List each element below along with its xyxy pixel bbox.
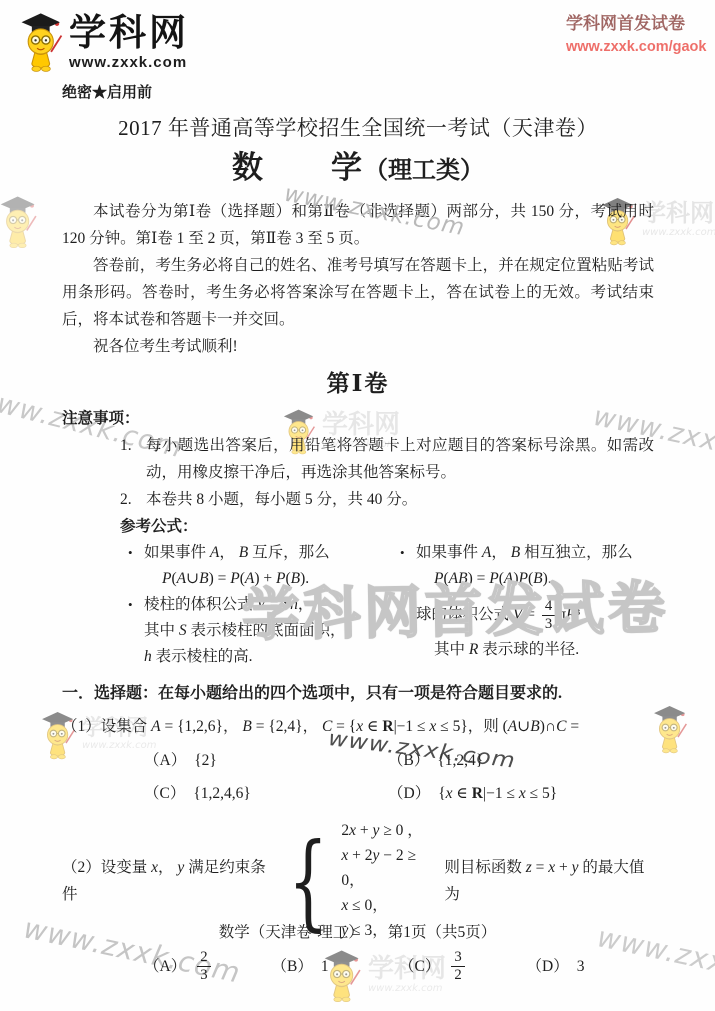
subject-type: （理工类） bbox=[364, 158, 484, 184]
option-value: {1,2,4} bbox=[437, 744, 483, 777]
option-value: 23 bbox=[194, 949, 213, 984]
option-d: （D） 3 bbox=[527, 952, 655, 982]
option-b: （B） 1 bbox=[272, 952, 400, 982]
formula-text: 其中 R 表示球的半径. bbox=[434, 637, 654, 663]
option-a: （A） {2} bbox=[62, 744, 388, 777]
formula-text: 球的体积公式 V = 43πR³ bbox=[416, 598, 580, 633]
bullet-icon: • bbox=[128, 540, 144, 566]
option-value: {x ∈ R|−1 ≤ x ≤ 5} bbox=[438, 777, 557, 810]
option-label: （D） bbox=[527, 952, 569, 982]
formula-text: 如果事件 A， B 互斥，那么 bbox=[144, 540, 330, 566]
option-label: （D） bbox=[388, 777, 430, 810]
option-value: 3 bbox=[577, 952, 585, 982]
formula-text: 如果事件 A， B 相互独立，那么 bbox=[416, 540, 633, 566]
exam-paper-page: 学科网 www.zxxk.com www.zxxk.com www.zxxk.c… bbox=[0, 0, 715, 1011]
formula-column-left: • 如果事件 A， B 互斥，那么 P(A∪B) = P(A) + P(B). … bbox=[128, 540, 400, 670]
note-number: 2. bbox=[120, 486, 146, 513]
watermark-brand-url: www.zxxk.com bbox=[368, 983, 446, 994]
constraint-line: x ≤ 0， bbox=[341, 893, 440, 918]
option-c: （C） {1,2,4,6} bbox=[62, 777, 388, 810]
formula-text: h 表示棱柱的高. bbox=[144, 644, 400, 670]
question-1-options: （A） {2} （B） {1,2,4} （C） {1,2,4,6} （D） {x… bbox=[62, 744, 654, 810]
option-b: （B） {1,2,4} bbox=[388, 744, 654, 777]
wish-line: 祝各位考生考试顺利! bbox=[62, 333, 654, 360]
option-label: （B） bbox=[388, 744, 429, 777]
option-a: （A） 23 bbox=[144, 949, 272, 984]
formula-text: 棱柱的体积公式 V = Sh， bbox=[144, 592, 313, 618]
formula-text: 其中 S 表示棱柱的底面面积， bbox=[144, 618, 400, 644]
brand-name: 学科网 bbox=[69, 14, 189, 51]
option-label: （C） bbox=[399, 952, 440, 982]
watermark-mascot-right-2 bbox=[648, 700, 690, 760]
section-1-heading: 一．选择题：在每小题给出的四个选项中，只有一项是符合题目要求的. bbox=[62, 680, 654, 707]
note-item-2: 2. 本卷共 8 小题，每小题 5 分，共 40 分。 bbox=[120, 486, 654, 513]
document-body: 绝密★启用前 2017 年普通高等学校招生全国统一考试（天津卷） 数 学（理工类… bbox=[62, 80, 654, 984]
question-2-options: （A） 23 （B） 1 （C） 32 （D） 3 bbox=[62, 949, 654, 984]
bullet-icon: • bbox=[400, 603, 416, 629]
formula-line: • 如果事件 A， B 互斥，那么 bbox=[128, 540, 400, 566]
notes-title: 注意事项： bbox=[62, 405, 654, 432]
option-value: {2} bbox=[194, 744, 217, 777]
option-value: 1 bbox=[321, 952, 329, 982]
option-value: 32 bbox=[448, 949, 467, 984]
secrecy-label: 绝密★启用前 bbox=[62, 80, 654, 107]
zxxk-mascot-icon bbox=[14, 6, 66, 74]
constraint-line: 2x + y ≥ 0 ， bbox=[341, 818, 440, 843]
question-2-stem: （2）设变量 x， y 满足约束条件 bbox=[62, 854, 275, 908]
formula-line: • 球的体积公式 V = 43πR³ bbox=[400, 598, 654, 633]
footer-page-number: 第1页（共5页） bbox=[388, 924, 497, 941]
system-brace: { bbox=[288, 831, 328, 931]
footer-subject: 数学（天津卷•理工） bbox=[219, 924, 364, 941]
constraint-line: x + 2y − 2 ≥ 0， bbox=[341, 843, 440, 893]
subject-title: 数 学（理工类） bbox=[62, 148, 654, 188]
reference-formulas: • 如果事件 A， B 互斥，那么 P(A∪B) = P(A) + P(B). … bbox=[128, 540, 654, 670]
brand-url: www.zxxk.com bbox=[69, 54, 189, 71]
zxxk-mascot-icon bbox=[648, 700, 690, 755]
watermark-mascot-left-1 bbox=[0, 190, 40, 255]
slogan-line-2: www.zxxk.com/gaok bbox=[566, 37, 706, 58]
note-text: 每小题选出答案后，用铅笔将答题卡上对应题目的答案标号涂黑。如需改动，用橡皮擦干净… bbox=[146, 432, 654, 486]
subject-name: 数 学 bbox=[232, 150, 364, 185]
note-item-1: 1. 每小题选出答案后，用铅笔将答题卡上对应题目的答案标号涂黑。如需改动，用橡皮… bbox=[120, 432, 654, 486]
option-c: （C） 32 bbox=[399, 949, 527, 984]
formulas-title: 参考公式： bbox=[120, 513, 654, 540]
part-1-title: 第Ⅰ卷 bbox=[62, 370, 654, 397]
slogan-line-1: 学科网首发试卷 bbox=[566, 12, 706, 37]
option-label: （B） bbox=[272, 952, 313, 982]
option-d: （D） {x ∈ R|−1 ≤ x ≤ 5} bbox=[388, 777, 654, 810]
formula-text: P(AB) = P(A)P(B). bbox=[434, 566, 654, 592]
page-footer: 数学（天津卷•理工）第1页（共5页） bbox=[0, 920, 715, 942]
intro-paragraph-1: 本试卷分为第Ⅰ卷（选择题）和第Ⅱ卷（非选择题）两部分，共 150 分，考试用时 … bbox=[62, 198, 654, 252]
question-1-stem: （1）设集合 A = {1,2,6}， B = {2,4}， C = {x ∈ … bbox=[62, 712, 654, 742]
option-label: （A） bbox=[144, 744, 186, 777]
exam-title: 2017 年普通高等学校招生全国统一考试（天津卷） bbox=[62, 115, 654, 142]
note-number: 1. bbox=[120, 432, 146, 486]
formula-line: • 棱柱的体积公式 V = Sh， bbox=[128, 592, 400, 618]
bullet-icon: • bbox=[128, 592, 144, 618]
formula-text: P(A∪B) = P(A) + P(B). bbox=[162, 566, 400, 592]
intro-paragraph-2: 答卷前，考生务必将自己的姓名、准考号填写在答题卡上，并在规定位置粘贴考试用条形码… bbox=[62, 252, 654, 333]
option-label: （A） bbox=[144, 952, 186, 982]
site-slogan: 学科网首发试卷 www.zxxk.com/gaok bbox=[566, 12, 706, 58]
formula-column-right: • 如果事件 A， B 相互独立，那么 P(AB) = P(A)P(B). • … bbox=[400, 540, 654, 670]
formula-line: • 如果事件 A， B 相互独立，那么 bbox=[400, 540, 654, 566]
site-logo: 学科网 www.zxxk.com bbox=[14, 6, 189, 74]
question-2-tail: 则目标函数 z = x + y 的最大值为 bbox=[444, 854, 654, 908]
option-value: {1,2,4,6} bbox=[193, 777, 251, 810]
note-text: 本卷共 8 小题，每小题 5 分，共 40 分。 bbox=[146, 486, 654, 513]
zxxk-mascot-icon bbox=[0, 190, 40, 250]
option-label: （C） bbox=[144, 777, 185, 810]
bullet-icon: • bbox=[400, 540, 416, 566]
